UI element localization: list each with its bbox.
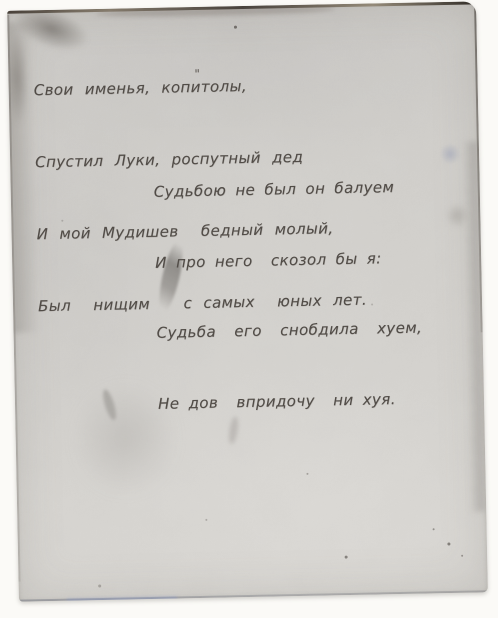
handwritten-insert-mark: " [194, 67, 200, 81]
poem-line-7: Судьба его снобдила хуем, [156, 317, 422, 346]
poem-line-8: Не дов впридочу ни хуя. [158, 387, 424, 416]
poem-stanza-2: Судьбою не был он балуем И про него скоз… [153, 129, 425, 463]
poem-line-6: И про него скозол бы я: [155, 246, 421, 275]
photo-background: Свои именья, копитолы, Спустил Луки, рос… [0, 0, 498, 618]
poem-line-5: Судьбою не был он балуем [154, 176, 420, 205]
photographed-paper-sheet: Свои именья, копитолы, Спустил Луки, рос… [7, 1, 488, 601]
